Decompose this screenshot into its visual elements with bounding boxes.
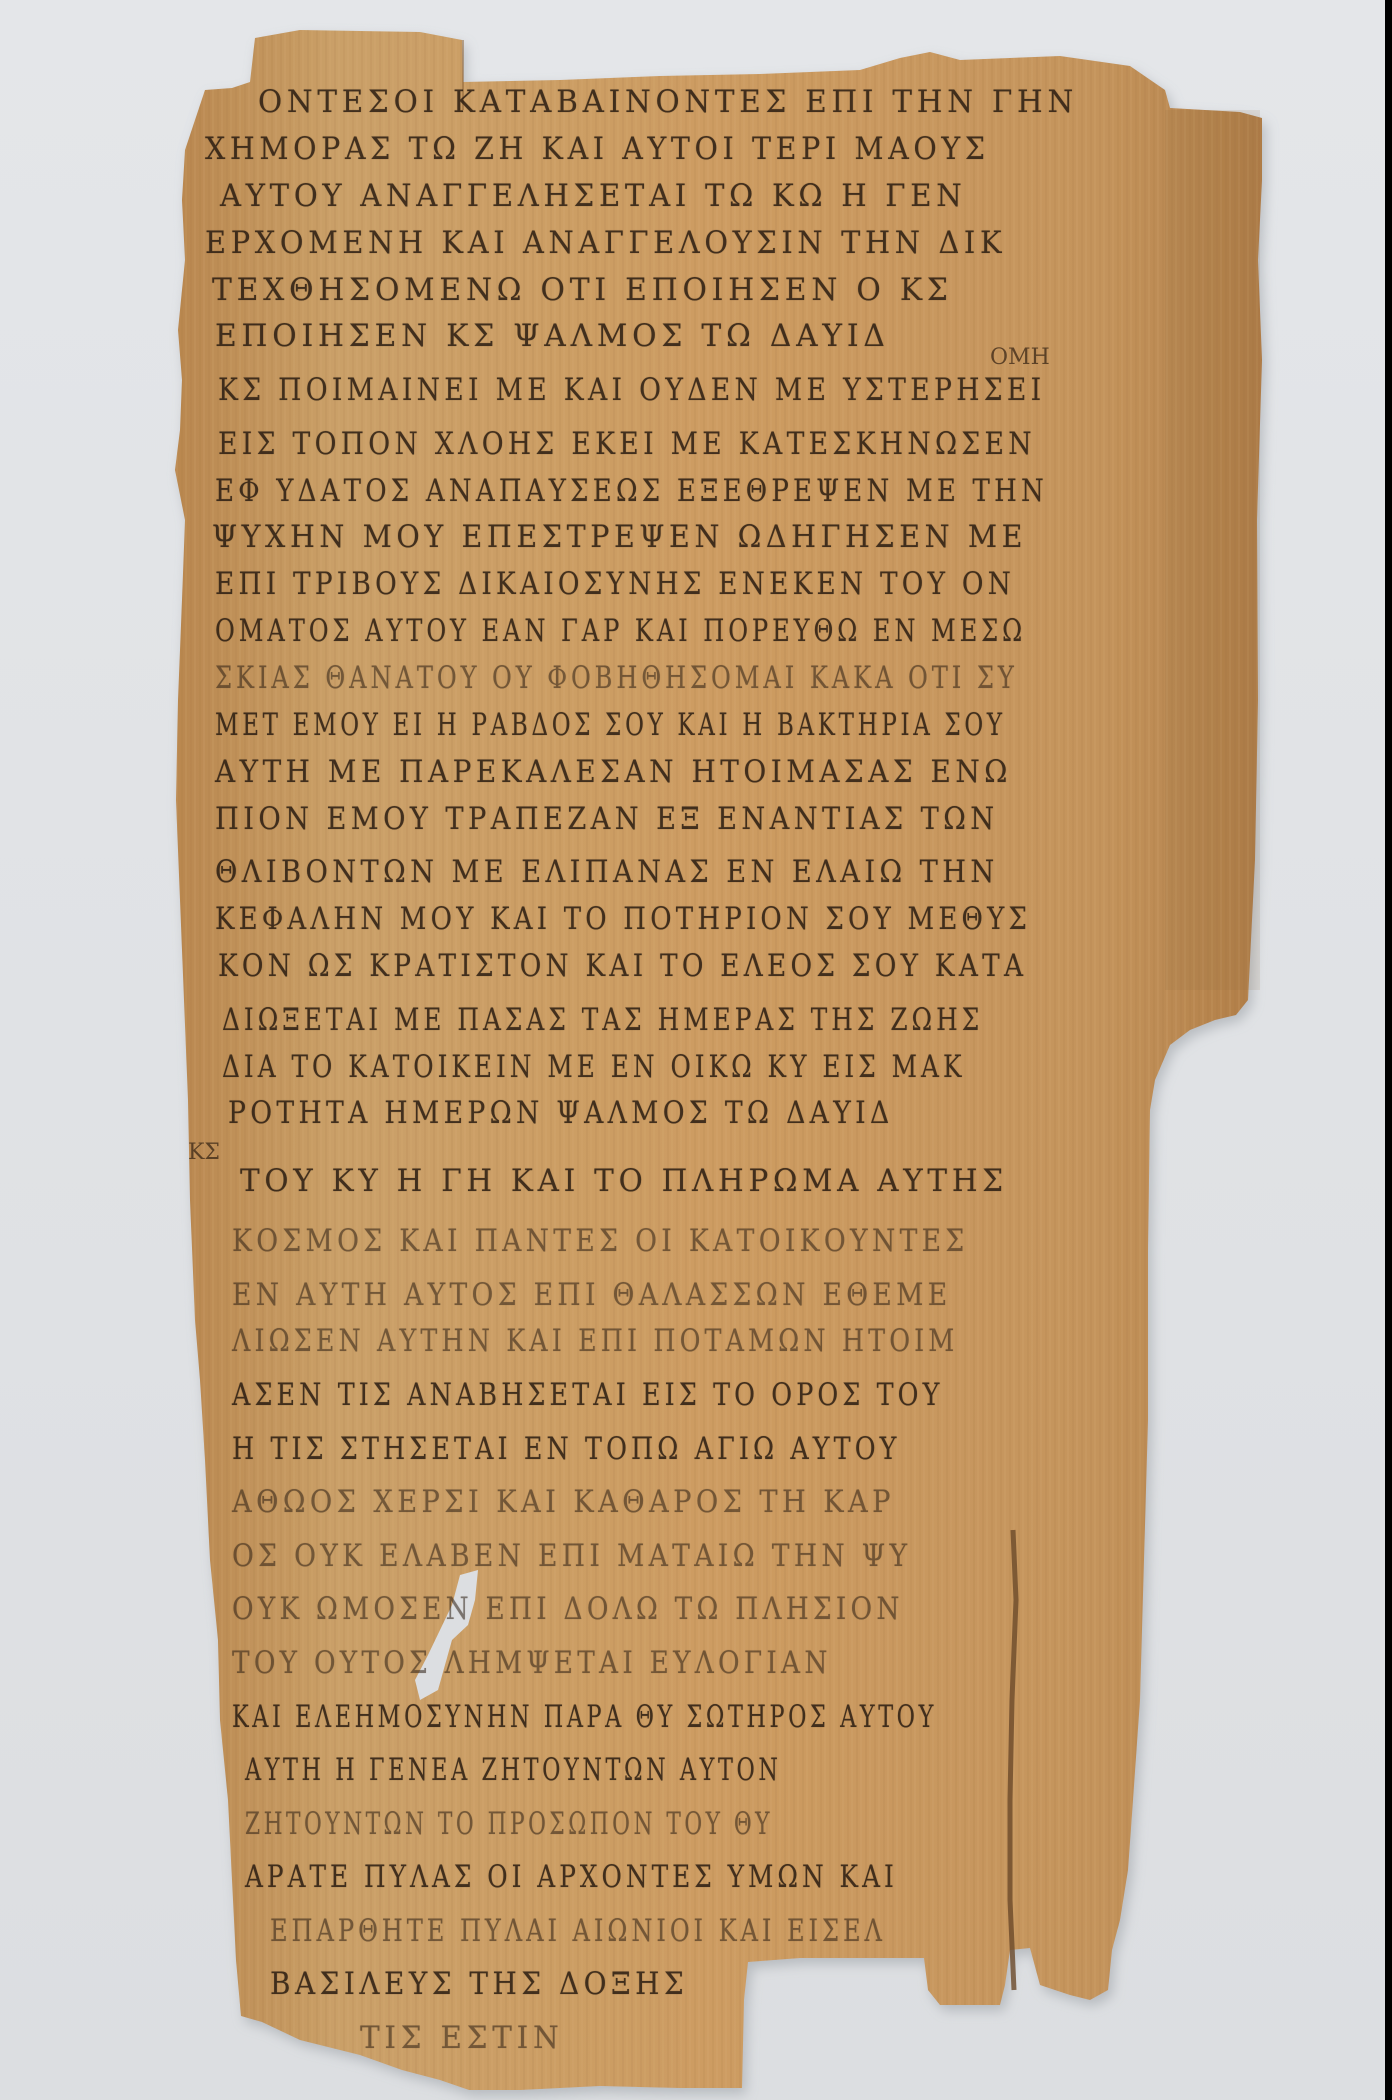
manuscript-line: ΒΑΣΙΛΕΥΣ ΤΗΣ ΔΟΞΗΣ bbox=[270, 1966, 688, 2002]
manuscript-line: ΤΟΥ ΟΥΤΟΣ ΛΗΜΨΕΤΑΙ ΕΥΛΟΓΙΑΝ bbox=[232, 1645, 832, 1681]
manuscript-line: ΧΗΜΟΡΑΣ ΤΩ ΖΗ ΚΑΙ ΑΥΤΟΙ ΤΕΡΙ ΜΑΟΥΣ bbox=[205, 131, 990, 167]
manuscript-line: ΠΙΟΝ ΕΜΟΥ ΤΡΑΠΕΖΑΝ ΕΞ ΕΝΑΝΤΙΑΣ ΤΩΝ bbox=[215, 801, 999, 837]
manuscript-line: ΟΥΚ ΩΜΟΣΕΝ ΕΠΙ ΔΟΛΩ ΤΩ ΠΛΗΣΙΟΝ bbox=[232, 1591, 904, 1627]
manuscript-line: ΕΝ ΑΥΤΗ ΑΥΤΟΣ ΕΠΙ ΘΑΛΑΣΣΩΝ ΕΘΕΜΕ bbox=[232, 1277, 952, 1313]
manuscript-line: ΛΙΩΣΕΝ ΑΥΤΗΝ ΚΑΙ ΕΠΙ ΠΟΤΑΜΩΝ ΗΤΟΙΜ bbox=[232, 1323, 958, 1359]
manuscript-line: ΑΥΤΟΥ ΑΝΑΓΓΕΛΗΣΕΤΑΙ ΤΩ ΚΩ Η ΓΕΝ bbox=[220, 178, 966, 214]
manuscript-line: ΚΟΝ ΩΣ ΚΡΑΤΙΣΤΟΝ ΚΑΙ ΤΟ ΕΛΕΟΣ ΣΟΥ ΚΑΤΑ bbox=[218, 948, 1027, 984]
manuscript-line: ΤΟΥ ΚΥ Η ΓΗ ΚΑΙ ΤΟ ΠΛΗΡΩΜΑ ΑΥΤΗΣ bbox=[240, 1163, 1008, 1199]
manuscript-line: ΕΠΙ ΤΡΙΒΟΥΣ ΔΙΚΑΙΟΣΥΝΗΣ ΕΝΕΚΕΝ ΤΟΥ ΟΝ bbox=[215, 566, 1015, 602]
margin-note: ΚΣ bbox=[188, 1140, 220, 1165]
manuscript-line: ΚΕΦΑΛΗΝ ΜΟΥ ΚΑΙ ΤΟ ΠΟΤΗΡΙΟΝ ΣΟΥ ΜΕΘΥΣ bbox=[215, 901, 1031, 937]
manuscript-line: ΑΥΤΗ ΜΕ ΠΑΡΕΚΑΛΕΣΑΝ ΗΤΟΙΜΑΣΑΣ ΕΝΩ bbox=[215, 754, 1012, 790]
manuscript-line: ΤΙΣ ΕΣΤΙΝ bbox=[360, 2020, 564, 2056]
manuscript-line: ΘΛΙΒΟΝΤΩΝ ΜΕ ΕΛΙΠΑΝΑΣ ΕΝ ΕΛΑΙΩ ΤΗΝ bbox=[215, 854, 999, 890]
manuscript-line: ΖΗΤΟΥΝΤΩΝ ΤΟ ΠΡΟΣΩΠΟΝ ΤΟΥ ΘΥ bbox=[245, 1806, 773, 1842]
manuscript-line: ΟΜΑΤΟΣ ΑΥΤΟΥ ΕΑΝ ΓΑΡ ΚΑΙ ΠΟΡΕΥΘΩ ΕΝ ΜΕΣΩ bbox=[215, 613, 1026, 649]
manuscript-line: ΕΦ ΥΔΑΤΟΣ ΑΝΑΠΑΥΣΕΩΣ ΕΞΕΘΡΕΨΕΝ ΜΕ ΤΗΝ bbox=[215, 473, 1048, 509]
manuscript-line: ΕΙΣ ΤΟΠΟΝ ΧΛΟΗΣ ΕΚΕΙ ΜΕ ΚΑΤΕΣΚΗΝΩΣΕΝ bbox=[218, 426, 1036, 462]
manuscript-line: ΕΡΧΟΜΕΝΗ ΚΑΙ ΑΝΑΓΓΕΛΟΥΣΙΝ ΤΗΝ ΔΙΚ bbox=[205, 225, 1006, 261]
manuscript-line: ΨΥΧΗΝ ΜΟΥ ΕΠΕΣΤΡΕΨΕΝ ΩΔΗΓΗΣΕΝ ΜΕ bbox=[212, 519, 1027, 555]
manuscript-text: ΟΝΤΕΣΟΙ ΚΑΤΑΒΑΙΝΟΝΤΕΣ ΕΠΙ ΤΗΝ ΓΗΝ ΧΗΜΟΡΑ… bbox=[0, 0, 1385, 2100]
manuscript-line: ΑΘΩΟΣ ΧΕΡΣΙ ΚΑΙ ΚΑΘΑΡΟΣ ΤΗ ΚΑΡ bbox=[232, 1484, 895, 1520]
manuscript-line: ΡΟΤΗΤΑ ΗΜΕΡΩΝ ΨΑΛΜΟΣ ΤΩ ΔΑΥΙΔ bbox=[228, 1095, 894, 1131]
manuscript-line: ΑΡΑΤΕ ΠΥΛΑΣ ΟΙ ΑΡΧΟΝΤΕΣ ΥΜΩΝ ΚΑΙ bbox=[245, 1859, 898, 1895]
manuscript-line: ΕΠΑΡΘΗΤΕ ΠΥΛΑΙ ΑΙΩΝΙΟΙ ΚΑΙ ΕΙΣΕΛ bbox=[270, 1913, 886, 1949]
manuscript-line: Η ΤΙΣ ΣΤΗΣΕΤΑΙ ΕΝ ΤΟΠΩ ΑΓΙΩ ΑΥΤΟΥ bbox=[232, 1431, 901, 1467]
manuscript-line: ΚΟΣΜΟΣ ΚΑΙ ΠΑΝΤΕΣ ΟΙ ΚΑΤΟΙΚΟΥΝΤΕΣ bbox=[232, 1223, 969, 1259]
manuscript-line: ΔΙΩΞΕΤΑΙ ΜΕ ΠΑΣΑΣ ΤΑΣ ΗΜΕΡΑΣ ΤΗΣ ΖΩΗΣ bbox=[222, 1002, 983, 1038]
manuscript-line: ΕΠΟΙΗΣΕΝ ΚΣ ΨΑΛΜΟΣ ΤΩ ΔΑΥΙΔ bbox=[215, 318, 890, 354]
manuscript-line: ΜΕΤ ΕΜΟΥ ΕΙ Η ΡΑΒΔΟΣ ΣΟΥ ΚΑΙ Η ΒΑΚΤΗΡΙΑ … bbox=[215, 707, 1006, 743]
manuscript-line: ΤΕΧΘΗΣΟΜΕΝΩ ΟΤΙ ΕΠΟΙΗΣΕΝ Ο ΚΣ bbox=[212, 272, 953, 308]
manuscript-line: ΑΣΕΝ ΤΙΣ ΑΝΑΒΗΣΕΤΑΙ ΕΙΣ ΤΟ ΟΡΟΣ ΤΟΥ bbox=[232, 1377, 943, 1413]
manuscript-line: ΚΣ ΠΟΙΜΑΙΝΕΙ ΜΕ ΚΑΙ ΟΥΔΕΝ ΜΕ ΥΣΤΕΡΗΣΕΙ bbox=[218, 372, 1045, 408]
manuscript-line: ΑΥΤΗ Η ΓΕΝΕΑ ΖΗΤΟΥΝΤΩΝ ΑΥΤΟΝ bbox=[245, 1752, 781, 1788]
right-black-border bbox=[1385, 0, 1392, 2100]
manuscript-line: ΟΣ ΟΥΚ ΕΛΑΒΕΝ ΕΠΙ ΜΑΤΑΙΩ ΤΗΝ ΨΥ bbox=[232, 1538, 911, 1574]
manuscript-line: ΟΝΤΕΣΟΙ ΚΑΤΑΒΑΙΝΟΝΤΕΣ ΕΠΙ ΤΗΝ ΓΗΝ bbox=[258, 84, 1078, 120]
manuscript-line: ΚΑΙ ΕΛΕΗΜΟΣΥΝΗΝ ΠΑΡΑ ΘΥ ΣΩΤΗΡΟΣ ΑΥΤΟΥ bbox=[232, 1699, 937, 1735]
manuscript-line: ΣΚΙΑΣ ΘΑΝΑΤΟΥ ΟΥ ΦΟΒΗΘΗΣΟΜΑΙ ΚΑΚΑ ΟΤΙ ΣΥ bbox=[215, 660, 1018, 696]
manuscript-line: ΔΙΑ ΤΟ ΚΑΤΟΙΚΕΙΝ ΜΕ ΕΝ ΟΙΚΩ ΚΥ ΕΙΣ ΜΑΚ bbox=[222, 1049, 965, 1085]
supralinear-note: ΟΜΗ bbox=[990, 345, 1050, 370]
